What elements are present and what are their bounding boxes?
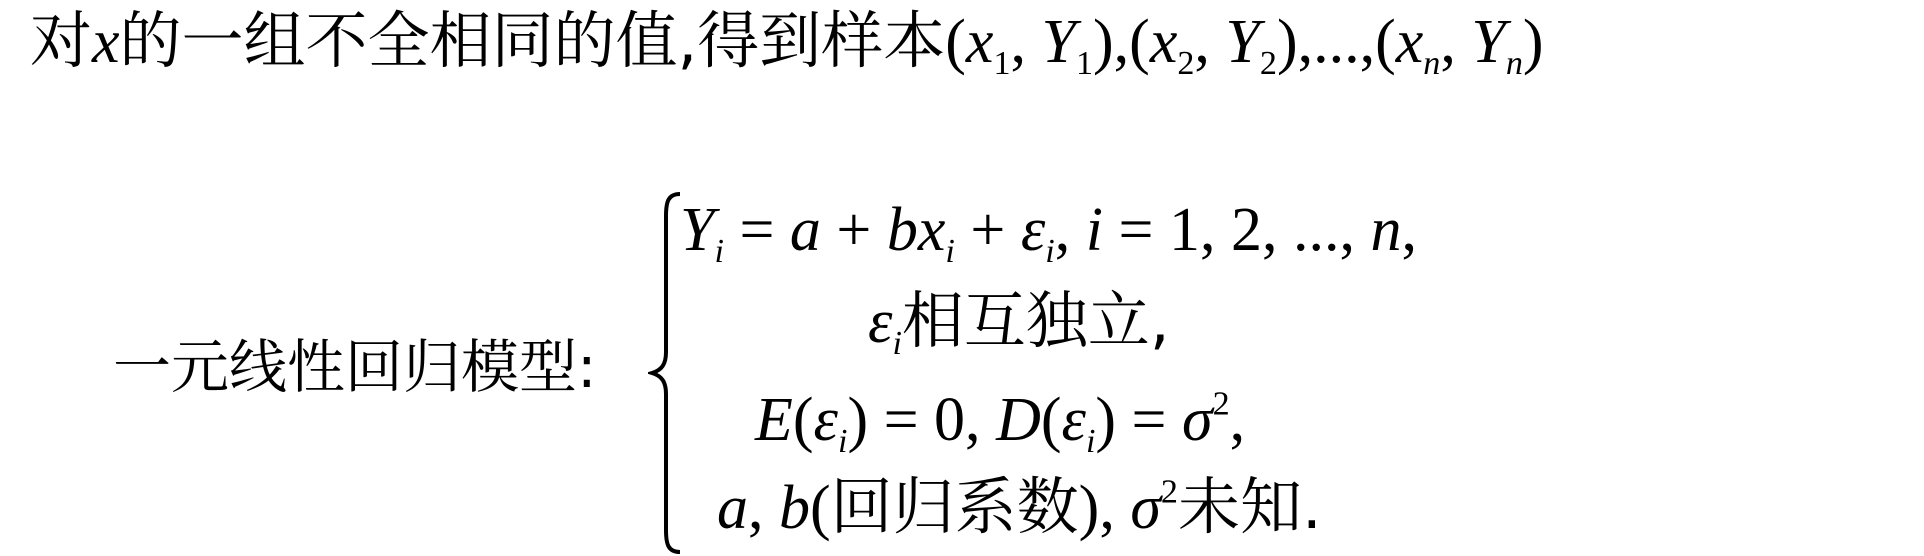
condition-independence: εi相互独立,: [868, 290, 1170, 353]
condition-equation: Yi = a + bxi + εi, i = 1, 2, ..., n,: [680, 198, 1417, 261]
intro-text: 的一组不全相同的值,得到样本: [120, 4, 946, 77]
model-label: 一元线性回归模型:: [113, 338, 597, 396]
condition-unknowns: a, b(回归系数), σ2未知.: [717, 476, 1322, 539]
intro-sentence: 对x的一组不全相同的值,得到样本(x1, Y1),(x2, Y2),...,(x…: [30, 10, 1544, 73]
condition-moments: E(εi) = 0, D(εi) = σ2,: [755, 388, 1245, 451]
var-x: x: [92, 8, 120, 76]
ellipsis: ...,: [1313, 8, 1375, 76]
intro-prefix: 对: [30, 4, 92, 77]
